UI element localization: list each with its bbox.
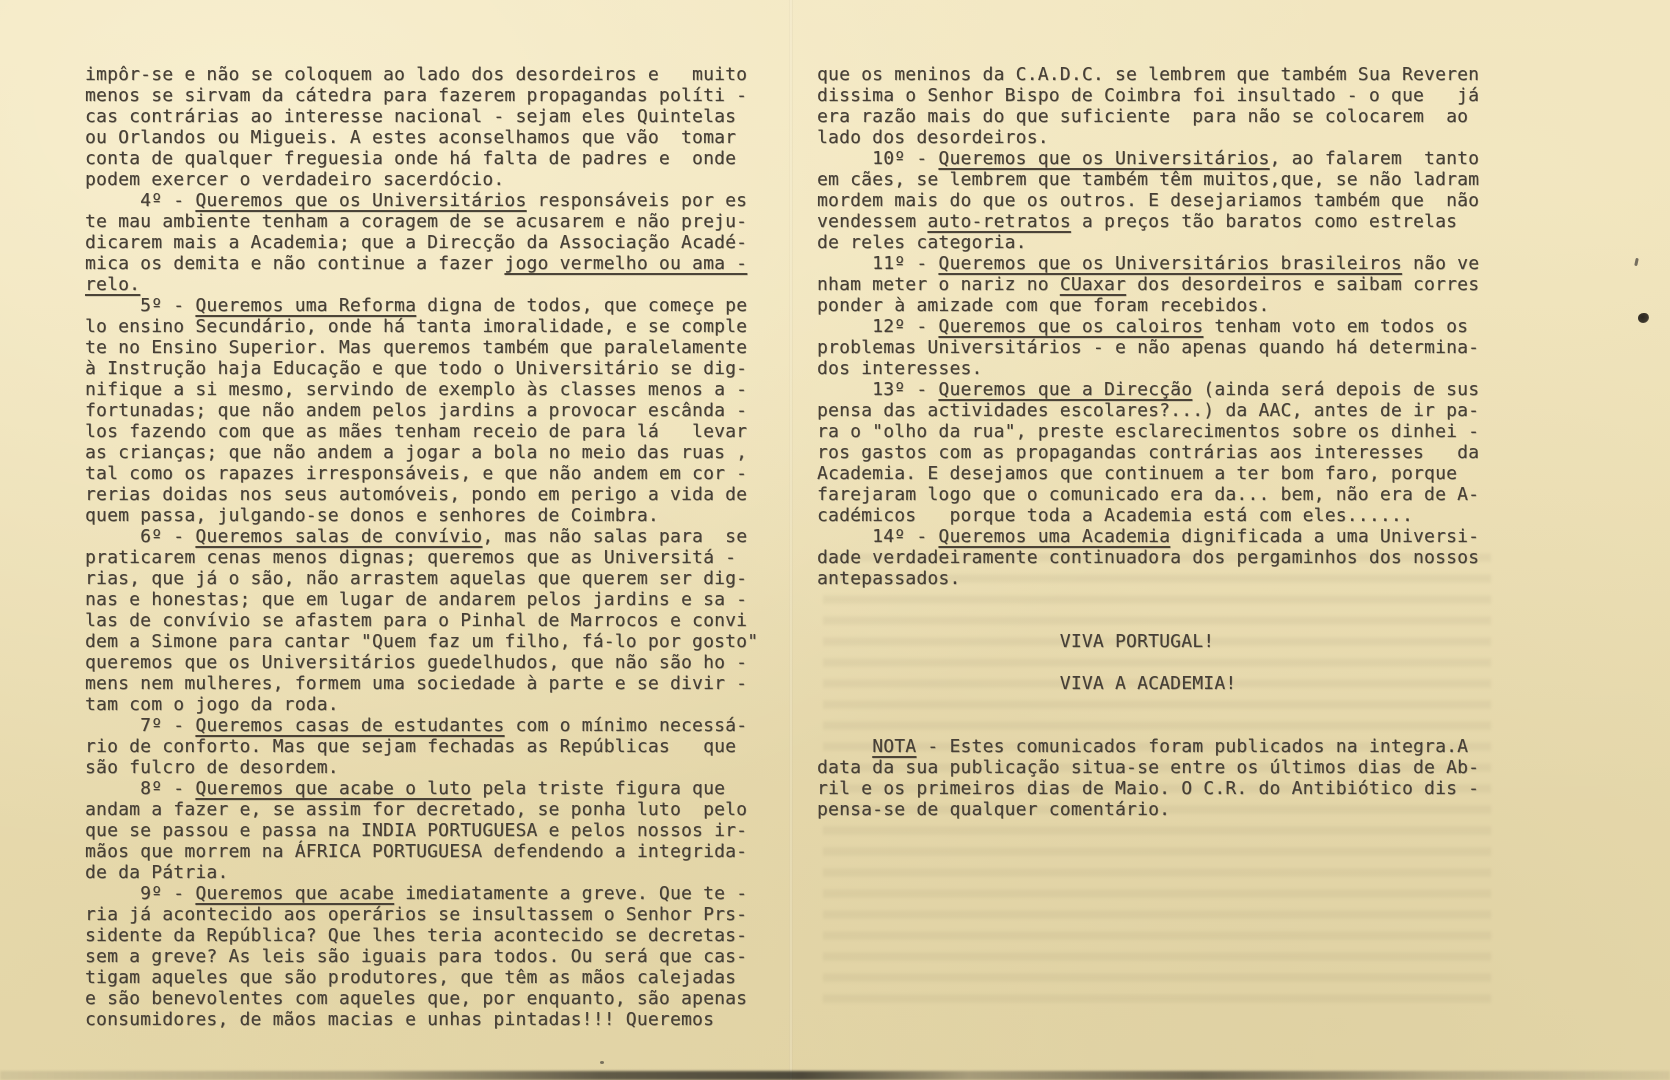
text-line: são fulcro de desordem. (85, 757, 758, 778)
text-line: lo ensino Secundário, onde há tanta imor… (85, 316, 758, 337)
text-line: pensa-se de qualquer comentário. (817, 799, 1479, 820)
text-line: tam com o jogo da roda. (85, 694, 758, 715)
text-line (817, 589, 1479, 610)
text-line: fortunadas; que não andem pelos jardins … (85, 400, 758, 421)
text-line: VIVA PORTUGAL! (817, 631, 1479, 652)
text-line: dissima o Senhor Bispo de Coimbra foi in… (817, 85, 1479, 106)
text-line: NOTA - Estes comunicados foram publicado… (817, 736, 1479, 757)
text-line (817, 610, 1479, 631)
text-line: VIVA A ACADEMIA! (817, 673, 1479, 694)
text-line: te no Ensino Superior. Mas queremos tamb… (85, 337, 758, 358)
text-line: ponder à amizade com que foram recebidos… (817, 295, 1479, 316)
text-line: dade verdadeiramente continuadora dos pe… (817, 547, 1479, 568)
text-line: Academia. E desejamos que continuem a te… (817, 463, 1479, 484)
text-line: mens nem mulheres, formem uma sociedade … (85, 673, 758, 694)
text-line: cadémicos porque toda a Academia está co… (817, 505, 1479, 526)
text-line: 6º - Queremos salas de convívio, mas não… (85, 526, 758, 547)
ink-speck (1634, 258, 1639, 266)
text-line: à Instrução haja Educação e que todo o U… (85, 358, 758, 379)
text-line: relo. (85, 274, 758, 295)
text-line: era razão mais do que suficiente para nã… (817, 106, 1479, 127)
scan-edge-shadow (0, 1071, 1670, 1080)
text-line: nham meter o nariz no CUaxar dos desorde… (817, 274, 1479, 295)
text-line: que se passou e passa na INDIA PORTUGUES… (85, 820, 758, 841)
text-line: ria já acontecido aos operários se insul… (85, 904, 758, 925)
text-line: de reles categoria. (817, 232, 1479, 253)
text-line: dos interesses. (817, 358, 1479, 379)
text-line: 10º - Queremos que os Universitários, ao… (817, 148, 1479, 169)
text-line: conta de qualquer freguesia onde há falt… (85, 148, 758, 169)
text-line: lado dos desordeiros. (817, 127, 1479, 148)
text-line: mica os demita e não continue a fazer jo… (85, 253, 758, 274)
text-line: de da Pátria. (85, 862, 758, 883)
text-line: tal como os rapazes irresponsáveis, e qu… (85, 463, 758, 484)
text-line: sidente da República? Que lhes teria aco… (85, 925, 758, 946)
text-line: 9º - Queremos que acabe imediatamente a … (85, 883, 758, 904)
text-line: dicarem mais a Academia; que a Direcção … (85, 232, 758, 253)
text-line: nas e honestas; que em lugar de andarem … (85, 589, 758, 610)
text-line: ra o "olho da rua", preste esclareciment… (817, 421, 1479, 442)
text-line: cas contrárias ao interesse nacional - s… (85, 106, 758, 127)
right-column: que os meninos da C.A.D.C. se lembrem qu… (817, 64, 1479, 820)
text-line: mordem mais do que os outros. E desejari… (817, 190, 1479, 211)
text-line: 4º - Queremos que os Universitários resp… (85, 190, 758, 211)
ink-spot (1638, 313, 1649, 323)
text-line: ros gastos com as propagandas contrárias… (817, 442, 1479, 463)
left-column: impôr-se e não se coloquem ao lado dos d… (85, 64, 758, 1030)
text-line: data da sua publicação situa-se entre os… (817, 757, 1479, 778)
text-line: tigam aqueles que são produtores, que tê… (85, 967, 758, 988)
text-line: las de convívio se afastem para o Pinhal… (85, 610, 758, 631)
text-line: rerias doidas nos seus automóveis, pondo… (85, 484, 758, 505)
text-line: praticarem cenas menos dignas; queremos … (85, 547, 758, 568)
text-line (817, 694, 1479, 715)
text-line: antepassados. (817, 568, 1479, 589)
text-line: farejaram logo que o comunicado era da..… (817, 484, 1479, 505)
text-line: que os meninos da C.A.D.C. se lembrem qu… (817, 64, 1479, 85)
text-line: andam a fazer e, se assim for decretado,… (85, 799, 758, 820)
text-line: sem a greve? As leis são iguais para tod… (85, 946, 758, 967)
text-line: mãos que morrem na ÁFRICA PORTUGUESA def… (85, 841, 758, 862)
text-line (817, 652, 1479, 673)
text-line: vendessem auto-retratos a preços tão bar… (817, 211, 1479, 232)
text-line: consumidores, de mãos macias e unhas pin… (85, 1009, 758, 1030)
text-line: 11º - Queremos que os Universitários bra… (817, 253, 1479, 274)
text-line: menos se sirvam da cátedra para fazerem … (85, 85, 758, 106)
page-fold-crease (789, 0, 793, 1080)
text-line: as crianças; que não andem a jogar a bol… (85, 442, 758, 463)
text-line: rio de conforto. Mas que sejam fechadas … (85, 736, 758, 757)
text-line: rias, que já o são, não arrastem aquelas… (85, 568, 758, 589)
scanned-typewritten-page: impôr-se e não se coloquem ao lado dos d… (0, 0, 1670, 1080)
text-line: 13º - Queremos que a Direcção (ainda ser… (817, 379, 1479, 400)
text-line: quem passa, julgando-se donos e senhores… (85, 505, 758, 526)
text-line: ou Orlandos ou Migueis. A estes aconselh… (85, 127, 758, 148)
text-line: 12º - Queremos que os caloiros tenham vo… (817, 316, 1479, 337)
text-line: queremos que os Universitários guedelhud… (85, 652, 758, 673)
text-line: impôr-se e não se coloquem ao lado dos d… (85, 64, 758, 85)
text-line: em cães, se lembrem que também têm muito… (817, 169, 1479, 190)
text-line: e são benevolentes com aqueles que, por … (85, 988, 758, 1009)
ink-dot (600, 1061, 604, 1064)
text-line: 5º - Queremos uma Reforma digna de todos… (85, 295, 758, 316)
text-line: podem exercer o verdadeiro sacerdócio. (85, 169, 758, 190)
text-line: pensa das actividades escolares?...) da … (817, 400, 1479, 421)
text-line: problemas Universitários - e não apenas … (817, 337, 1479, 358)
text-line: 14º - Queremos uma Academia dignificada … (817, 526, 1479, 547)
text-line: nifique a si mesmo, servindo de exemplo … (85, 379, 758, 400)
text-line (817, 715, 1479, 736)
text-line: dem a Simone para cantar "Quem faz um fi… (85, 631, 758, 652)
text-line: te mau ambiente tenham a coragem de se a… (85, 211, 758, 232)
text-line: 7º - Queremos casas de estudantes com o … (85, 715, 758, 736)
text-line: 8º - Queremos que acabe o luto pela tris… (85, 778, 758, 799)
text-line: ril e os primeiros dias de Maio. O C.R. … (817, 778, 1479, 799)
text-line: los fazendo com que as mães tenham recei… (85, 421, 758, 442)
